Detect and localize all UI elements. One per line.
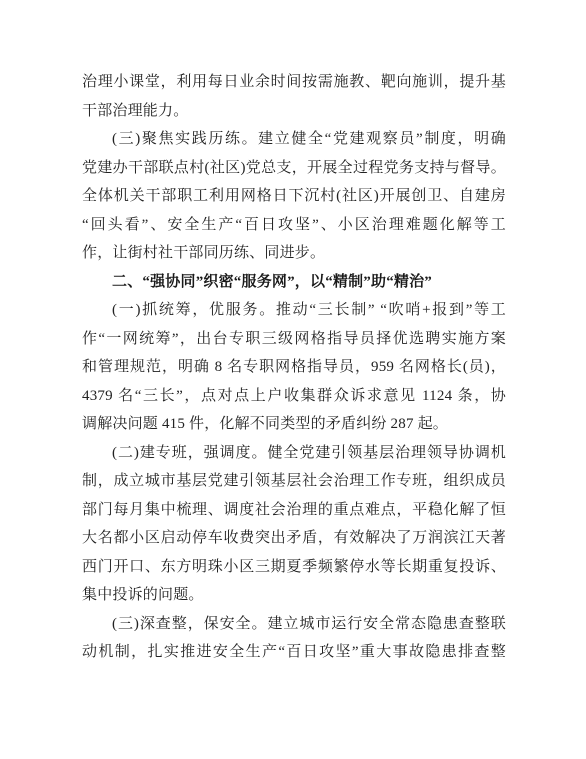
paragraph-continuation: 治理小课堂，利用每日业余时间按需施教、靶向施训，提升基层 干部治理能力。 <box>82 68 506 125</box>
heading-line: 二、“强协同”织密“服务网”，以“精制”助“精治” <box>82 268 506 297</box>
paragraph-section2-item3: (三)深查整，保安全。建立城市运行安全常态隐患查整联 动机制，扎实推进安全生产“… <box>82 610 506 667</box>
text-line: 治理小课堂，利用每日业余时间按需施教、靶向施训，提升基层 <box>82 68 506 97</box>
paragraph-section1-item3: (三)聚焦实践历练。建立健全“党建观察员”制度，明确 党建办干部联点村(社区)党… <box>82 125 506 268</box>
text-line: 部门每月集中梳理、调度社会治理的重点难点，平稳化解了恒 <box>82 496 506 525</box>
text-line: 4379 名“三长”，点对点上户收集群众诉求意见 1124 条，协 <box>82 382 506 411</box>
text-line: 西门开口、东方明珠小区三期夏季频繁停水等长期重复投诉、 <box>82 553 506 582</box>
text-line: 作，让街村社干部同历练、同进步。 <box>82 239 506 268</box>
text-line: 大名都小区启动停车收费突出矛盾，有效解决了万润滨江天著 <box>82 524 506 553</box>
text-line: “回头看”、安全生产“百日攻坚”、小区治理难题化解等工 <box>82 211 506 240</box>
text-line: 和管理规范，明确 8 名专职网格指导员，959 名网格长(员)， <box>82 353 506 382</box>
text-line: (三)聚焦实践历练。建立健全“党建观察员”制度，明确 <box>82 125 506 154</box>
text-line: 全体机关干部职工利用网格日下沉村(社区)开展创卫、自建房 <box>82 182 506 211</box>
paragraph-section2-item1: (一)抓统筹，优服务。推动“三长制” “吹哨+报到”等工 作“一网统筹”，出台专… <box>82 296 506 439</box>
text-line: 干部治理能力。 <box>82 97 506 126</box>
document-page: 治理小课堂，利用每日业余时间按需施教、靶向施训，提升基层 干部治理能力。 (三)… <box>0 0 586 759</box>
paragraph-section2-item2: (二)建专班，强调度。健全党建引领基层治理领导协调机 制，成立城市基层党建引领基… <box>82 439 506 610</box>
text-line: (二)建专班，强调度。健全党建引领基层治理领导协调机 <box>82 439 506 468</box>
text-line: 调解决问题 415 件，化解不同类型的矛盾纠纷 287 起。 <box>82 410 506 439</box>
text-line: 制，成立城市基层党建引领基层社会治理工作专班，组织成员 <box>82 467 506 496</box>
text-line: (三)深查整，保安全。建立城市运行安全常态隐患查整联 <box>82 610 506 639</box>
text-line: 作“一网统筹”，出台专职三级网格指导员择优选聘实施方案 <box>82 325 506 354</box>
document-text-body: 治理小课堂，利用每日业余时间按需施教、靶向施训，提升基层 干部治理能力。 (三)… <box>82 68 506 667</box>
text-line: 动机制，扎实推进安全生产“百日攻坚”重大事故隐患排查整 <box>82 638 506 667</box>
text-line: 党建办干部联点村(社区)党总支，开展全过程党务支持与督导。 <box>82 154 506 183</box>
section-heading-2: 二、“强协同”织密“服务网”，以“精制”助“精治” <box>82 268 506 297</box>
text-line: 集中投诉的问题。 <box>82 581 506 610</box>
text-line: (一)抓统筹，优服务。推动“三长制” “吹哨+报到”等工 <box>82 296 506 325</box>
